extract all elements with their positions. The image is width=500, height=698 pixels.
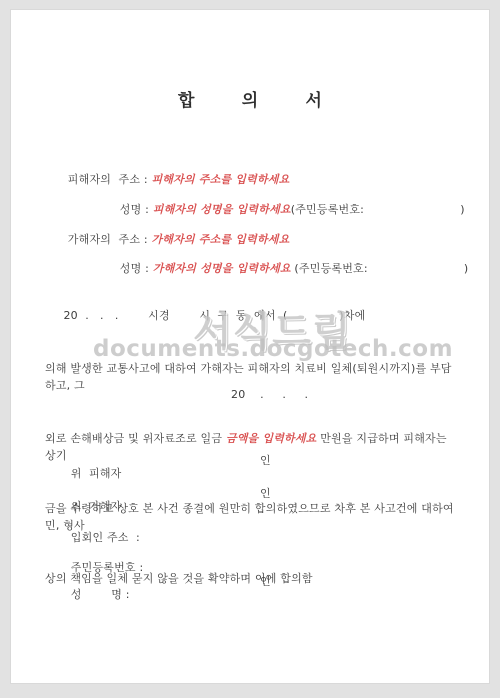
witness-name-row: 성 명 : 인 [56, 573, 356, 587]
offender-seal-mark: 인 [260, 485, 271, 501]
victim-rrn-label: (주민등록번호: ) [291, 203, 465, 216]
witness-seal-mark: 인 [260, 573, 271, 589]
amount-placeholder[interactable]: 금액을 입력하세요 [226, 432, 317, 445]
offender-signature-label: 위 가해자 [71, 500, 122, 513]
witness-name-label: 성 명 : [71, 588, 130, 601]
body-line-1: 20 . . . 시경 시 구 동 에서 ( )차에 [45, 307, 457, 325]
offender-signature-row: 위 가해자 인 [56, 485, 356, 499]
victim-name-placeholder[interactable]: 피해자의 성명을 입력하세요 [153, 203, 291, 216]
victim-name-label: 성명 : [120, 203, 153, 216]
body-line-3-pre: 외로 손해배상금 및 위자료조로 일금 [45, 432, 226, 445]
victim-seal-mark: 인 [260, 452, 271, 468]
agreement-date: 20 . . . [231, 388, 308, 401]
victim-address-placeholder[interactable]: 피해자의 주소를 입력하세요 [151, 173, 289, 186]
victim-signature-label: 위 피해자 [71, 467, 122, 480]
document-title: 합 의 서 [11, 86, 489, 111]
witness-address-label: 입회인 주소 : [71, 531, 140, 544]
offender-address-placeholder[interactable]: 가해자의 주소를 입력하세요 [151, 233, 289, 246]
document-page: 합 의 서 피해자의 주소 : 피해자의 주소를 입력하세요 성명 : 피해자의… [11, 10, 489, 683]
victim-address-label: 피해자의 주소 : [68, 173, 152, 186]
offender-address-label: 가해자의 주소 : [68, 233, 152, 246]
victim-signature-row: 위 피해자 인 [56, 452, 356, 466]
